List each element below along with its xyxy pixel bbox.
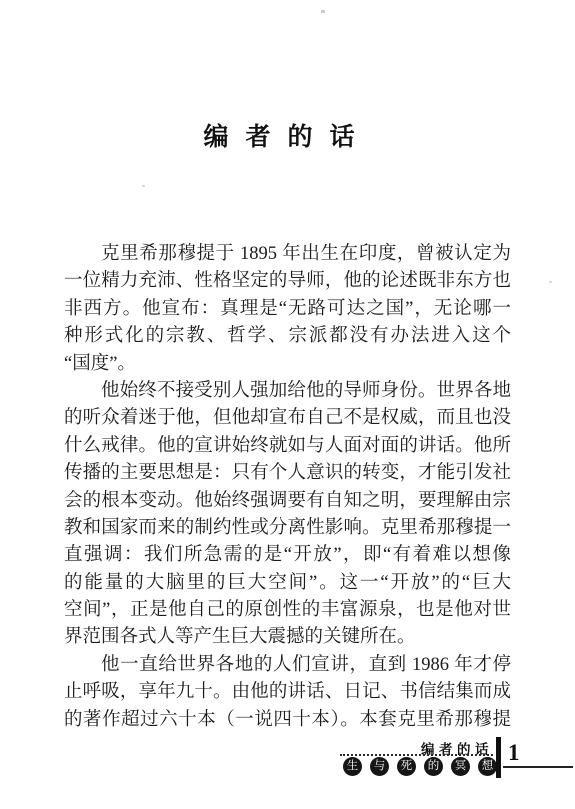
text-line: 止呼吸，享年九十。由他的讲话、日记、书信结集而成 [64, 679, 511, 706]
text-line: 传播的主要思想是：只有个人意识的转变，才能引发社 [64, 460, 511, 487]
text-line: 他一直给世界各地的人们宣讲，直到 1986 年才停 [64, 652, 511, 679]
text-line: 的听众着迷于他，但他却宣布自己不是权威，而且也没 [64, 405, 511, 432]
body-text: 克里希那穆提于 1895 年出生在印度，曾被认定为 一位精力充沛、性格坚定的导师… [64, 241, 511, 734]
footer-vertical-bar [496, 737, 501, 778]
text-line: 会的根本变动。他始终强调要有自知之明，要理解由宗 [64, 488, 511, 515]
series-badge-char: 想 [478, 757, 497, 776]
paragraph: 克里希那穆提于 1895 年出生在印度，曾被认定为 一位精力充沛、性格坚定的导师… [64, 241, 511, 378]
text-line: 的能量的大脑里的巨大空间”。这一“开放”的“巨大 [64, 570, 511, 597]
scan-artifact [142, 185, 145, 187]
text-line: “国度”。 [64, 351, 511, 378]
text-line: 什么戒律。他的宣讲始终就如与人面对面的讲话。他所 [64, 433, 511, 460]
text-line: 的著作超过六十本（一说四十本）。本套克里希那穆提 [64, 707, 511, 734]
footer-horizontal-rule [503, 766, 573, 768]
text-line: 直强调：我们所急需的是“开放”，即“有着难以想像 [64, 542, 511, 569]
text-line: 非西方。他宣布：真理是“无路可达之国”，无论哪一 [64, 296, 511, 323]
series-badge-char: 与 [370, 757, 389, 776]
scan-artifact [549, 281, 552, 283]
series-badge-char: 冥 [451, 757, 470, 776]
series-badge-char: 死 [397, 757, 416, 776]
series-title-badges: 生 与 死 的 冥 想 [343, 757, 497, 776]
paragraph: 他始终不接受别人强加给他的导师身份。世界各地 的听众着迷于他，但他却宣布自己不是… [64, 378, 511, 652]
paragraph: 他一直给世界各地的人们宣讲，直到 1986 年才停 止呼吸，享年九十。由他的讲话… [64, 652, 511, 734]
text-line: 教和国家而来的制约性或分离性影响。克里希那穆提一 [64, 515, 511, 542]
footer-dotted-rule [340, 754, 493, 756]
series-badge-char: 生 [343, 757, 362, 776]
series-badge-char: 的 [424, 757, 443, 776]
page-number: 1 [508, 740, 520, 766]
text-line: 空间”，正是他自己的原创性的丰富源泉，也是他对世 [64, 597, 511, 624]
page-title: 编者的话 [64, 117, 511, 153]
text-line: 一位精力充沛、性格坚定的导师，他的论述既非东方也 [64, 268, 511, 295]
text-line: 种形式化的宗教、哲学、宗派都没有办法进入这个 [64, 323, 511, 350]
scan-artifact [321, 10, 325, 13]
text-line: 他始终不接受别人强加给他的导师身份。世界各地 [64, 378, 511, 405]
text-line: 克里希那穆提于 1895 年出生在印度，曾被认定为 [64, 241, 511, 268]
text-line: 界范围各式人等产生巨大震撼的关键所在。 [64, 624, 511, 651]
